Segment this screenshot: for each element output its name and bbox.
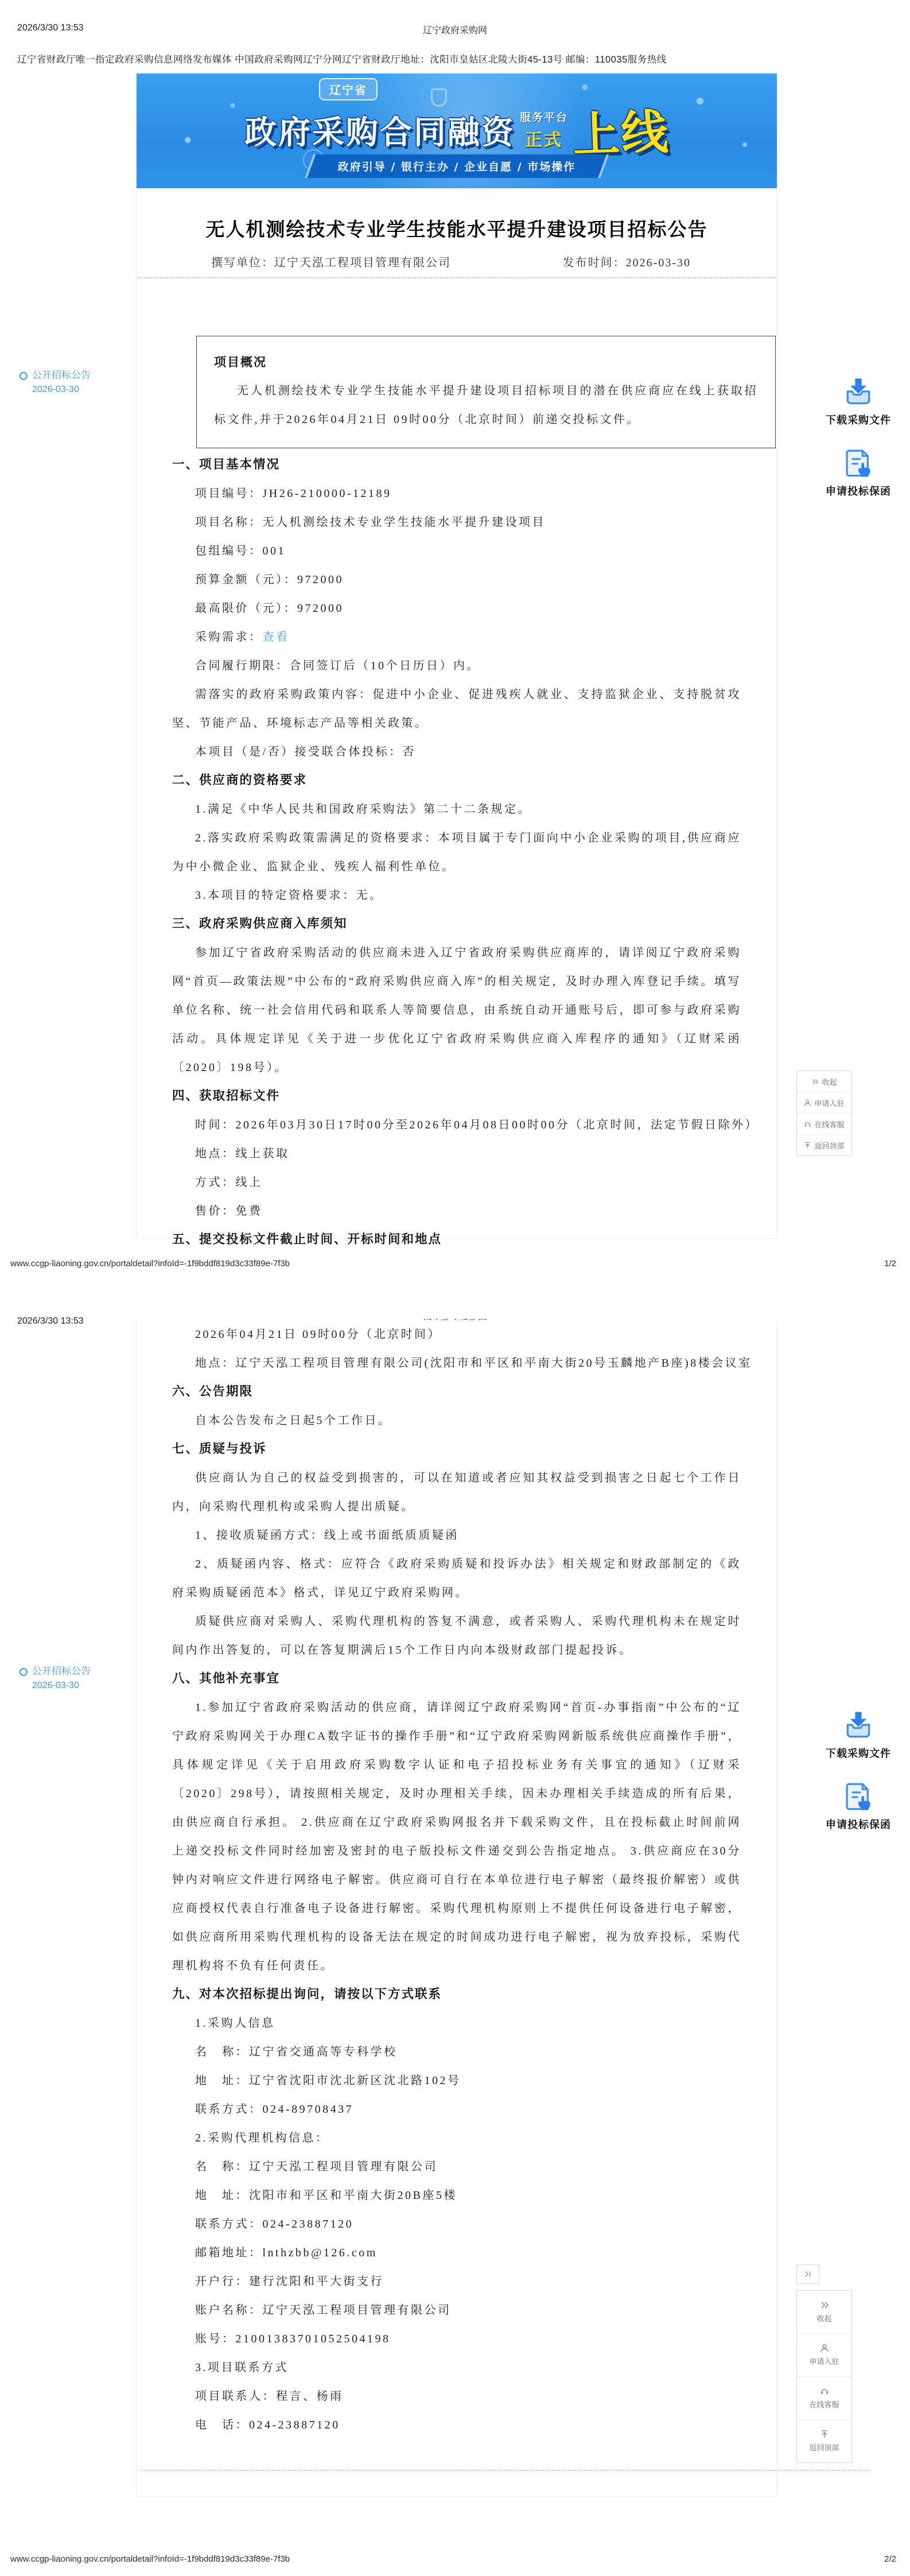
category-note[interactable]: 公开招标公告 2026-03-30 <box>20 1665 91 1691</box>
overview-text: 无人机测绘技术专业学生技能水平提升建设项目招标项目的潜在供应商应在线上获取招标文… <box>214 377 758 434</box>
doc-line: 供应商认为自己的权益受到损害的，可以在知道或者应知其权益受到损害之日起七个工作日… <box>172 1464 741 1521</box>
chevron-double-right-icon <box>811 1078 819 1085</box>
bid-guarantee-label: 申请投标保函 <box>826 1817 891 1832</box>
doc-line: 账户名称：辽宁天泓工程项目管理有限公司 <box>172 2296 741 2325</box>
utility-widget: 收起 申请入驻 在线客服 返回顶部 <box>796 1070 852 1156</box>
section-heading: 五、提交投标文件截止时间、开标时间和地点 <box>172 1225 741 1254</box>
doc-line: 项目联系人：程言、杨雨 <box>172 2382 741 2411</box>
print-preview-canvas: 2026/3/30 13:53 辽宁政府采购网 辽宁省财政厅唯一指定政府采购信息… <box>0 0 910 2576</box>
doc-line: 邮箱地址：lnthzbb@126.com <box>172 2239 741 2267</box>
dotted-divider <box>141 2470 870 2471</box>
doc-line: 质疑供应商对采购人、采购代理机构的答复不满意，或者采购人、采购代理机构未在规定时… <box>172 1607 741 1665</box>
bid-guarantee-label: 申请投标保函 <box>826 483 891 498</box>
collapse-button[interactable]: 收起 <box>797 1071 851 1092</box>
utility-widget: 收起 申请入驻 在线客服 返回顶部 <box>796 2290 852 2463</box>
arrow-up-icon <box>804 1142 811 1149</box>
doc-line: 账号：21001383701052504198 <box>172 2325 741 2353</box>
section-heading: 六、公告期限 <box>172 1378 741 1406</box>
collapse-label: 收起 <box>822 1076 837 1087</box>
bid-guarantee-button[interactable]: 申请投标保函 <box>826 447 891 498</box>
section-continued: 2026年04月21日 09时00分（北京时间） 地点：辽宁天泓工程项目管理有限… <box>137 1320 777 2439</box>
doc-line: 预算金额（元）：972000 <box>172 565 741 594</box>
doc-line: 地 址：沈阳市和平区和平南大街20B座5楼 <box>172 2181 741 2210</box>
online-service-button[interactable]: 在线客服 <box>797 1113 851 1134</box>
doc-line: 1.采购人信息 <box>172 2009 741 2038</box>
back-to-top-label: 返回顶部 <box>809 2442 839 2453</box>
section-heading: 三、政府采购供应商入库须知 <box>172 910 741 938</box>
footer-url: www.ccgp-liaoning.gov.cn/portaldetail?in… <box>10 1259 290 1268</box>
page-number: 1/2 <box>884 1259 896 1268</box>
category-note[interactable]: 公开招标公告 2026-03-30 <box>20 368 91 395</box>
download-file-label: 下载采购文件 <box>826 412 891 427</box>
back-to-top-button[interactable]: 返回顶部 <box>797 2419 851 2462</box>
project-overview-box: 项目概况 无人机测绘技术专业学生技能水平提升建设项目招标项目的潜在供应商应在线上… <box>196 336 776 448</box>
floating-actions: 下载采购文件 申请投标保函 <box>808 1708 909 1832</box>
doc-line: 3.项目联系方式 <box>172 2353 741 2382</box>
section-heading: 七、质疑与投诉 <box>172 1435 741 1464</box>
doc-line: 自本公告发布之日起5个工作日。 <box>172 1406 741 1435</box>
page-2: 2026/3/30 13:53 辽宁政府采购网 2026年04月21日 09时0… <box>0 1289 910 2576</box>
section-heading: 九、对本次招标提出询问，请按以下方式联系 <box>172 1980 741 2009</box>
doc-line: 需落实的政府采购政策内容：促进中小企业、促进残疾人就业、支持监狱企业、支持脱贫攻… <box>172 680 741 738</box>
doc-line: 2.落实政府采购政策需满足的资格要求：本项目属于专门面向中小企业采购的项目,供应… <box>172 824 741 881</box>
doc-line: 2.采购代理机构信息： <box>172 2124 741 2152</box>
doc-line: 本项目（是/否）接受联合体投标：否 <box>172 738 741 766</box>
section-heading: 四、获取招标文件 <box>172 1082 741 1111</box>
demand-label: 采购需求： <box>195 631 263 643</box>
download-file-button[interactable]: 下载采购文件 <box>826 1708 891 1760</box>
floating-actions: 下载采购文件 申请投标保函 <box>808 374 909 498</box>
back-to-top-button[interactable]: 返回顶部 <box>797 1134 851 1155</box>
collapse-button[interactable]: 收起 <box>797 2291 851 2333</box>
banner-slogan: 政府引导 / 银行主办 / 企业自愿 / 市场操作 <box>338 158 576 174</box>
promo-banner[interactable]: ♡ 辽宁省 政府采购合同融资 服务平台 正式 上线 政府引导 / 银行主办 / … <box>137 73 777 188</box>
category-date: 2026-03-30 <box>32 385 91 395</box>
section-basic-info: 一、项目基本情况 项目编号：JH26-210000-12189 项目名称：无人机… <box>137 448 777 1254</box>
download-file-label: 下载采购文件 <box>826 1745 891 1760</box>
section-heading: 一、项目基本情况 <box>172 451 741 479</box>
category-label: 公开招标公告 <box>32 1666 91 1677</box>
doc-line: 项目名称：无人机测绘技术专业学生技能水平提升建设项目 <box>172 508 741 537</box>
page-number: 2/2 <box>884 2554 896 2564</box>
register-entry-button[interactable]: 申请入驻 <box>797 2333 851 2376</box>
bullet-circle-icon <box>20 1668 28 1676</box>
headset-icon <box>804 1120 811 1128</box>
doc-line-demand: 采购需求：查看 <box>172 623 741 651</box>
category-date: 2026-03-30 <box>32 1681 91 1691</box>
doc-line: 2026年04月21日 09时00分（北京时间） <box>172 1320 741 1349</box>
banner-headline-main: 政府采购合同融资 <box>244 107 515 153</box>
doc-line: 合同履行期限：合同签订后（10个日历日）内。 <box>172 651 741 680</box>
banner-headline: 政府采购合同融资 服务平台 正式 上线 <box>137 96 777 164</box>
doc-line: 方式：线上 <box>172 1168 741 1197</box>
expand-widget-button[interactable] <box>796 2264 819 2284</box>
announcement-title: 无人机测绘技术专业学生技能水平提升建设项目招标公告 <box>160 215 754 242</box>
doc-line: 1.参加辽宁省政府采购活动的供应商，请详阅辽宁政府采购网“首页-办事指南”中公布… <box>172 1693 741 1980</box>
doc-line: 地点：辽宁天泓工程项目管理有限公司(沈阳市和平区和平南大街20号玉麟地产B座)8… <box>172 1349 741 1378</box>
doc-line: 售价：免费 <box>172 1197 741 1225</box>
section-heading: 八、其他补充事宜 <box>172 1665 741 1693</box>
doc-line: 联系方式：024-23887120 <box>172 2210 741 2239</box>
online-service-button[interactable]: 在线客服 <box>797 2376 851 2419</box>
author-unit: 撰写单位：辽宁天泓工程项目管理有限公司 <box>211 249 451 277</box>
dotted-divider <box>138 277 776 278</box>
download-icon <box>841 374 876 409</box>
doc-line: 项目编号：JH26-210000-12189 <box>172 479 741 508</box>
doc-line: 1.满足《中华人民共和国政府采购法》第二十二条规定。 <box>172 795 741 824</box>
download-file-button[interactable]: 下载采购文件 <box>826 374 891 427</box>
overview-heading: 项目概况 <box>214 348 758 377</box>
guarantee-doc-icon <box>842 447 875 480</box>
chevron-right-bar-icon <box>804 2270 812 2278</box>
headset-icon <box>820 2387 829 2396</box>
banner-slogan-strip: 政府引导 / 银行主办 / 企业自愿 / 市场操作 <box>305 154 608 178</box>
doc-line: 联系方式：024-89708437 <box>172 2095 741 2124</box>
bullet-circle-icon <box>20 372 28 380</box>
doc-line: 地点：线上获取 <box>172 1139 741 1168</box>
doc-line: 包组编号：001 <box>172 537 741 565</box>
register-entry-button[interactable]: 申请入驻 <box>797 1092 851 1113</box>
doc-line: 参加辽宁省政府采购活动的供应商未进入辽宁省政府采购供应商库的，请详阅辽宁政府采购… <box>172 938 741 1082</box>
site-subtitle: 辽宁省财政厅唯一指定政府采购信息网络发布媒体 中国政府采购网辽宁分网辽宁省财政厅… <box>17 52 901 65</box>
demand-view-link[interactable]: 查看 <box>263 631 290 643</box>
online-service-label: 在线客服 <box>809 2399 839 2410</box>
register-entry-label: 申请入驻 <box>814 1097 844 1108</box>
bid-guarantee-button[interactable]: 申请投标保函 <box>826 1780 891 1832</box>
online-service-label: 在线客服 <box>814 1119 844 1130</box>
publish-date: 发布时间：2026-03-30 <box>563 249 691 277</box>
doc-line: 地 址：辽宁省沈阳市沈北新区沈北路102号 <box>172 2066 741 2095</box>
register-entry-label: 申请入驻 <box>809 2356 839 2366</box>
collapse-label: 收起 <box>816 2313 831 2323</box>
doc-line: 电 话：024-23887120 <box>172 2411 741 2439</box>
announcement-meta: 撰写单位：辽宁天泓工程项目管理有限公司 发布时间：2026-03-30 <box>137 249 777 277</box>
print-footer: www.ccgp-liaoning.gov.cn/portaldetail?in… <box>10 2554 896 2564</box>
footer-url: www.ccgp-liaoning.gov.cn/portaldetail?in… <box>10 2554 290 2564</box>
back-to-top-label: 返回顶部 <box>814 1140 844 1151</box>
banner-headline-sub1: 服务平台 <box>520 109 568 125</box>
chevron-double-right-icon <box>820 2300 829 2310</box>
page-1: 2026/3/30 13:53 辽宁政府采购网 辽宁省财政厅唯一指定政府采购信息… <box>0 0 910 1289</box>
arrow-up-icon <box>820 2430 829 2439</box>
document-frame: ♡ 辽宁省 政府采购合同融资 服务平台 正式 上线 政府引导 / 银行主办 / … <box>136 73 777 1239</box>
banner-headline-sub2: 正式 <box>525 126 563 151</box>
print-footer: www.ccgp-liaoning.gov.cn/portaldetail?in… <box>10 1259 896 1268</box>
document-frame: 2026年04月21日 09时00分（北京时间） 地点：辽宁天泓工程项目管理有限… <box>136 1320 777 2497</box>
doc-line: 名 称：辽宁省交通高等专科学校 <box>172 2038 741 2066</box>
person-icon <box>820 2344 829 2353</box>
doc-line: 2、质疑函内容、格式：应符合《政府采购质疑和投诉办法》相关规定和财政部制定的《政… <box>172 1550 741 1607</box>
section-heading: 二、供应商的资格要求 <box>172 766 741 795</box>
doc-line: 最高限价（元）：972000 <box>172 594 741 623</box>
doc-line: 3.本项目的特定资格要求：无。 <box>172 881 741 910</box>
doc-line: 时间：2026年03月30日17时00分至2026年04月08日00时00分（北… <box>172 1111 741 1139</box>
person-icon <box>804 1099 811 1107</box>
category-label: 公开招标公告 <box>32 370 91 381</box>
doc-line: 1、接收质疑函方式：线上或书面纸质质疑函 <box>172 1521 741 1550</box>
download-icon <box>841 1708 876 1742</box>
site-title: 辽宁政府采购网 <box>0 23 910 36</box>
doc-line: 开户行：建行沈阳和平大街支行 <box>172 2267 741 2296</box>
doc-line: 名 称：辽宁天泓工程项目管理有限公司 <box>172 2152 741 2181</box>
guarantee-doc-icon <box>842 1780 875 1813</box>
